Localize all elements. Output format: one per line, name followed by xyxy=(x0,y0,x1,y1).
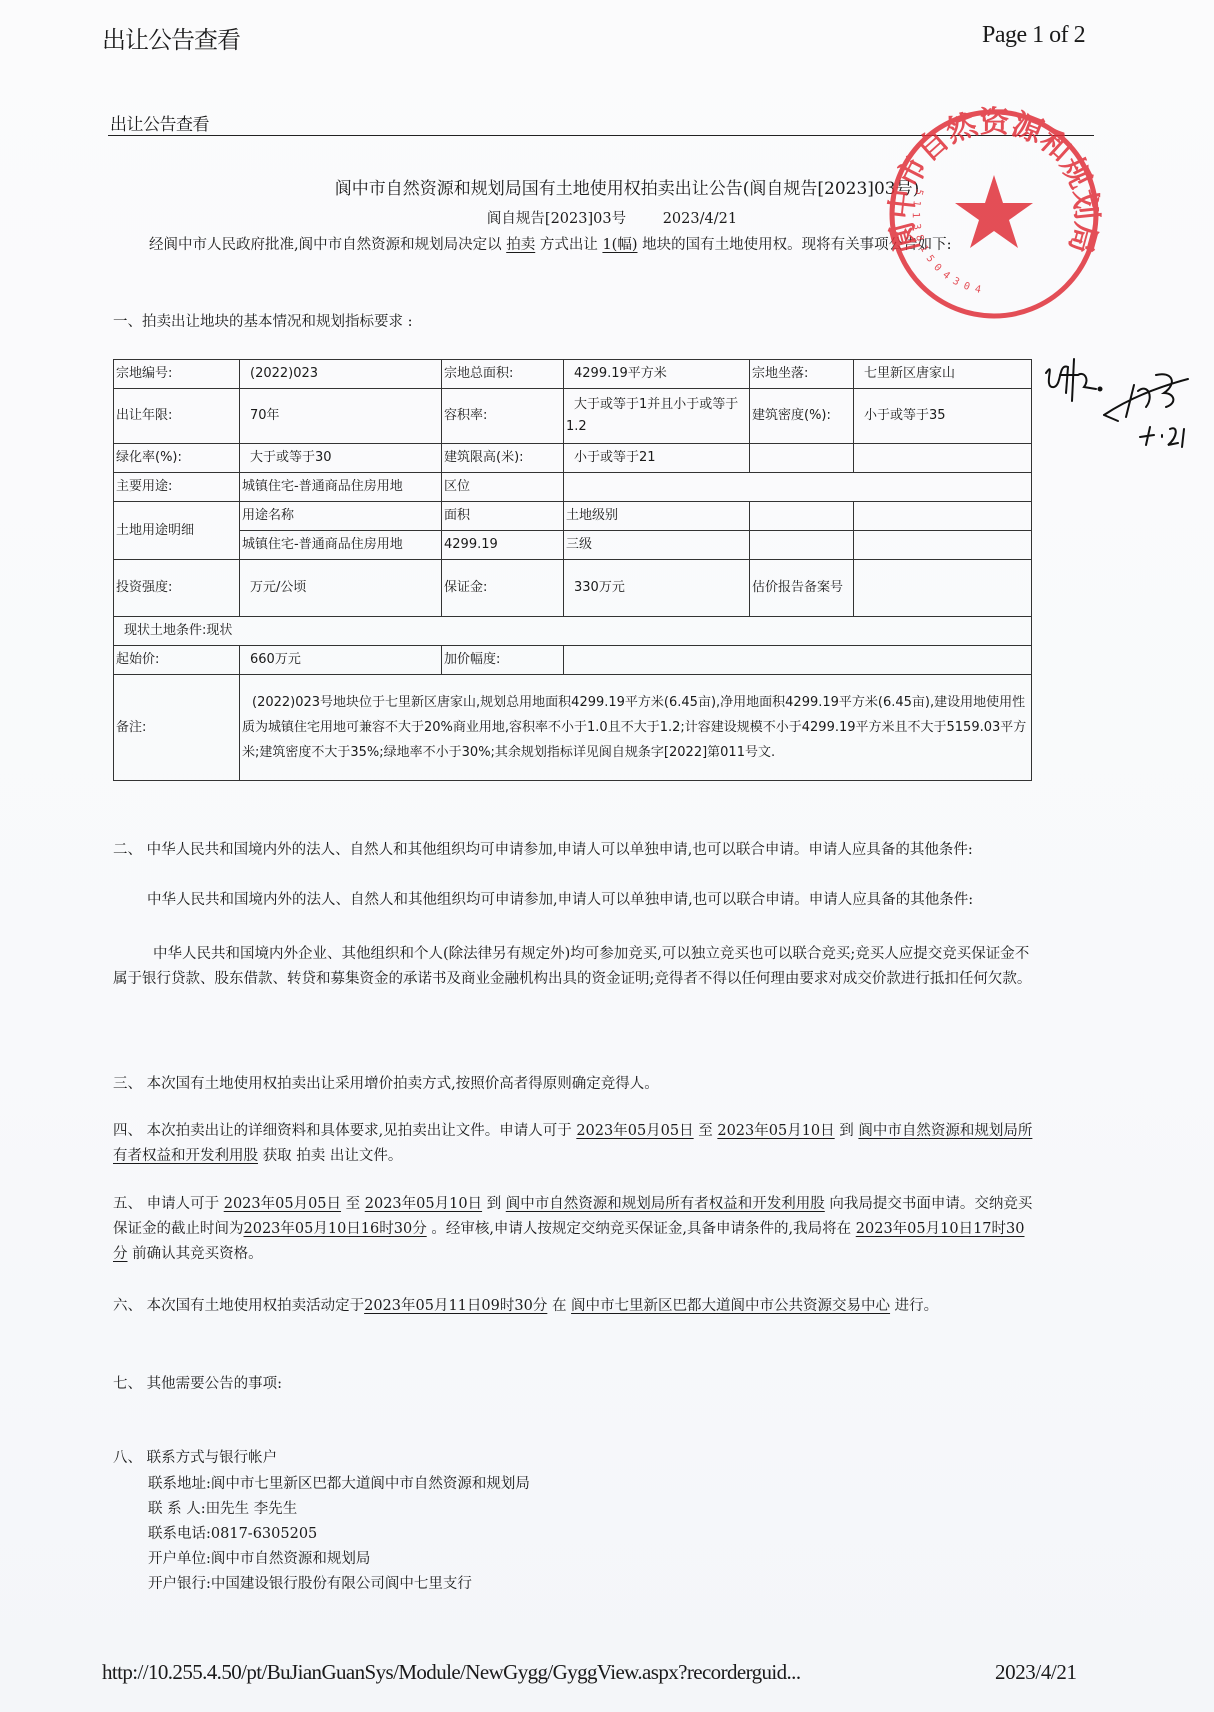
bid-increment xyxy=(564,646,1032,675)
green-ratio: 大于或等于30 xyxy=(240,444,442,473)
land-grade: 三级 xyxy=(564,531,750,560)
parcel-location: 七里新区唐家山 xyxy=(854,360,1032,389)
auction-method: 拍卖 xyxy=(506,237,535,253)
land-info-table: 宗地编号: (2022)023 宗地总面积: 4299.19平方米 宗地坐落: … xyxy=(113,359,1032,781)
scanned-page: 出让公告查看 Page 1 of 2 出让公告查看 阆中市自然资源和规划局国有土… xyxy=(0,0,1214,1712)
height-limit: 小于或等于21 xyxy=(564,444,750,473)
apply-end-date: 2023年05月10日 xyxy=(365,1196,482,1212)
doc-start-date: 2023年05月05日 xyxy=(576,1123,693,1139)
main-use: 城镇住宅-普通商品住房用地 xyxy=(240,473,442,502)
use-name: 城镇住宅-普通商品住房用地 xyxy=(240,531,442,560)
section-heading: 出让公告查看 xyxy=(110,110,209,135)
section-6-paragraph: 六、 本次国有土地使用权拍卖活动定于2023年05月11日09时30分 在 阆中… xyxy=(113,1294,1033,1319)
table-row: 城镇住宅-普通商品住房用地 4299.19 三级 xyxy=(114,531,1032,560)
print-header-title: 出让公告查看 xyxy=(102,20,240,55)
contact-phone: 联系电话:0817-6305205 xyxy=(148,1522,1068,1547)
use-area: 4299.19 xyxy=(442,531,564,560)
total-area: 4299.19平方米 xyxy=(564,360,750,389)
parcel-number: (2022)023 xyxy=(240,360,442,389)
section-5-paragraph: 五、 申请人可于 2023年05月05日 至 2023年05月10日 到 阆中市… xyxy=(113,1192,1033,1267)
deposit-amount: 330万元 xyxy=(564,560,750,617)
contact-person: 联 系 人:田先生 李先生 xyxy=(148,1497,1068,1522)
apply-start-date: 2023年05月05日 xyxy=(224,1196,341,1212)
page-indicator: Page 1 of 2 xyxy=(982,22,1085,49)
apply-place: 阆中市自然资源和规划局所有者权益和开发利用股 xyxy=(506,1196,825,1212)
deposit-deadline: 2023年05月10日16时30分 xyxy=(244,1221,427,1237)
current-land-condition: 现状土地条件:现状 xyxy=(114,617,1032,646)
appraisal-number xyxy=(854,560,1032,617)
account-holder: 开户单位:阆中市自然资源和规划局 xyxy=(148,1547,1068,1572)
account-bank: 开户银行:中国建设银行股份有限公司阆中七里支行 xyxy=(148,1572,1068,1597)
section-4-paragraph: 四、 本次拍卖出让的详细资料和具体要求,见拍卖出让文件。申请人可于 2023年0… xyxy=(113,1119,1033,1169)
table-row: 备注: (2022)023号地块位于七里新区唐家山,规划总用地面积4299.19… xyxy=(114,675,1032,781)
lease-term: 70年 xyxy=(240,389,442,444)
table-row: 出让年限: 70年 容积率: 大于或等于1并且小于或等于1.2 建筑密度(%):… xyxy=(114,389,1032,444)
remarks: (2022)023号地块位于七里新区唐家山,规划总用地面积4299.19平方米(… xyxy=(240,675,1032,781)
handwritten-signature-icon xyxy=(1038,345,1208,455)
table-row: 现状土地条件:现状 xyxy=(114,617,1032,646)
section-7-paragraph: 七、 其他需要公告的事项: xyxy=(113,1372,1033,1397)
floor-area-ratio: 大于或等于1并且小于或等于1.2 xyxy=(564,389,750,444)
print-date: 2023/4/21 xyxy=(995,1660,1077,1685)
starting-price: 660万元 xyxy=(240,646,442,675)
table-row: 土地用途明细 用途名称 面积 土地级别 xyxy=(114,502,1032,531)
section-8-heading: 八、 联系方式与银行帐户 xyxy=(113,1446,1033,1471)
contact-address: 联系地址:阆中市七里新区巴都大道阆中市自然资源和规划局 xyxy=(148,1472,1068,1497)
source-url: http://10.255.4.50/pt/BuJianGuanSys/Modu… xyxy=(102,1660,801,1685)
investment-intensity: 万元/公顷 xyxy=(240,560,442,617)
table-row: 绿化率(%): 大于或等于30 建筑限高(米): 小于或等于21 xyxy=(114,444,1032,473)
contact-list: 联系地址:阆中市七里新区巴都大道阆中市自然资源和规划局 联 系 人:田先生 李先… xyxy=(148,1472,1068,1597)
building-density: 小于或等于35 xyxy=(854,389,1032,444)
doc-end-date: 2023年05月10日 xyxy=(717,1123,834,1139)
notice-date: 2023/4/21 xyxy=(663,211,737,227)
table-row: 投资强度: 万元/公顷 保证金: 330万元 估价报告备案号 xyxy=(114,560,1032,617)
notice-number: 阆自规告[2023]03号 xyxy=(487,211,626,227)
auction-time: 2023年05月11日09时30分 xyxy=(364,1298,547,1314)
auction-venue: 阆中市七里新区巴都大道阆中市公共资源交易中心 xyxy=(571,1298,890,1314)
section-2-paragraph-3: 中华人民共和国境内外企业、其他组织和个人(除法律另有规定外)均可参加竞买,可以独… xyxy=(113,942,1033,992)
official-seal-icon: 阆中市自然资源和规划局 5 1 1 3 8 1 5 0 4 3 0 4 4 xyxy=(885,105,1103,323)
table-row: 起始价: 660万元 加价幅度: xyxy=(114,646,1032,675)
table-row: 主要用途: 城镇住宅-普通商品住房用地 区位 xyxy=(114,473,1032,502)
section-2-paragraph-2: 中华人民共和国境内外的法人、自然人和其他组织均可申请参加,申请人可以单独申请,也… xyxy=(113,888,1033,913)
section-3-paragraph: 三、 本次国有土地使用权拍卖出让采用增价拍卖方式,按照价高者得原则确定竞得人。 xyxy=(113,1072,1033,1097)
zone-value xyxy=(564,473,1032,502)
table-row: 宗地编号: (2022)023 宗地总面积: 4299.19平方米 宗地坐落: … xyxy=(114,360,1032,389)
parcel-count: 1(幅) xyxy=(602,237,637,253)
section-2-paragraph-1: 二、 中华人民共和国境内外的法人、自然人和其他组织均可申请参加,申请人可以单独申… xyxy=(113,838,1033,863)
